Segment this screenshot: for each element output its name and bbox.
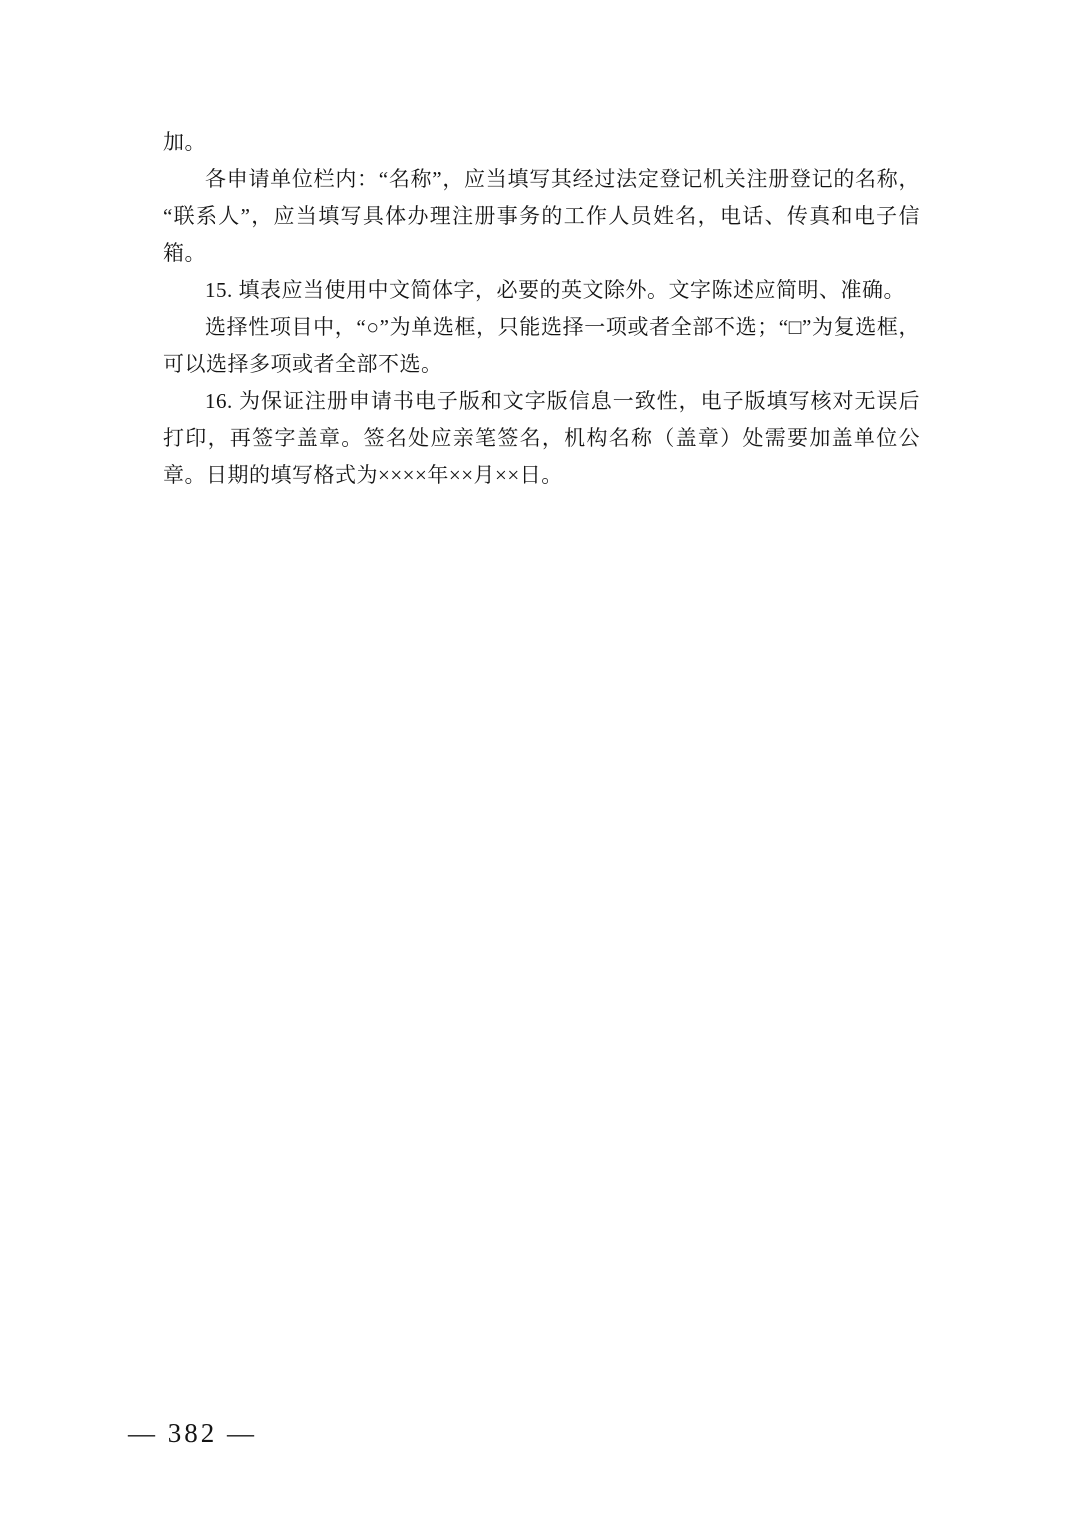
- paragraph-continuation: 加。: [163, 124, 920, 161]
- page-number: — 382 —: [128, 1418, 257, 1449]
- paragraph-item-16: 16. 为保证注册申请书电子版和文字版信息一致性，电子版填写核对无误后打印，再签…: [163, 383, 920, 494]
- page-footer: — 382 —: [0, 1418, 1080, 1458]
- document-page: 加。 各申请单位栏内：“名称”，应当填写其经过法定登记机关注册登记的名称， “联…: [0, 0, 1080, 1528]
- paragraph-item-15: 15. 填表应当使用中文简体字，必要的英文除外。文字陈述应简明、准确。: [163, 272, 920, 309]
- paragraph-option-boxes-note: 选择性项目中，“○”为单选框，只能选择一项或者全部不选；“□”为复选框，可以选择…: [163, 309, 920, 383]
- text-block: 加。 各申请单位栏内：“名称”，应当填写其经过法定登记机关注册登记的名称， “联…: [163, 124, 920, 494]
- paragraph-unit-fields-note: 各申请单位栏内：“名称”，应当填写其经过法定登记机关注册登记的名称， “联系人”…: [163, 161, 920, 272]
